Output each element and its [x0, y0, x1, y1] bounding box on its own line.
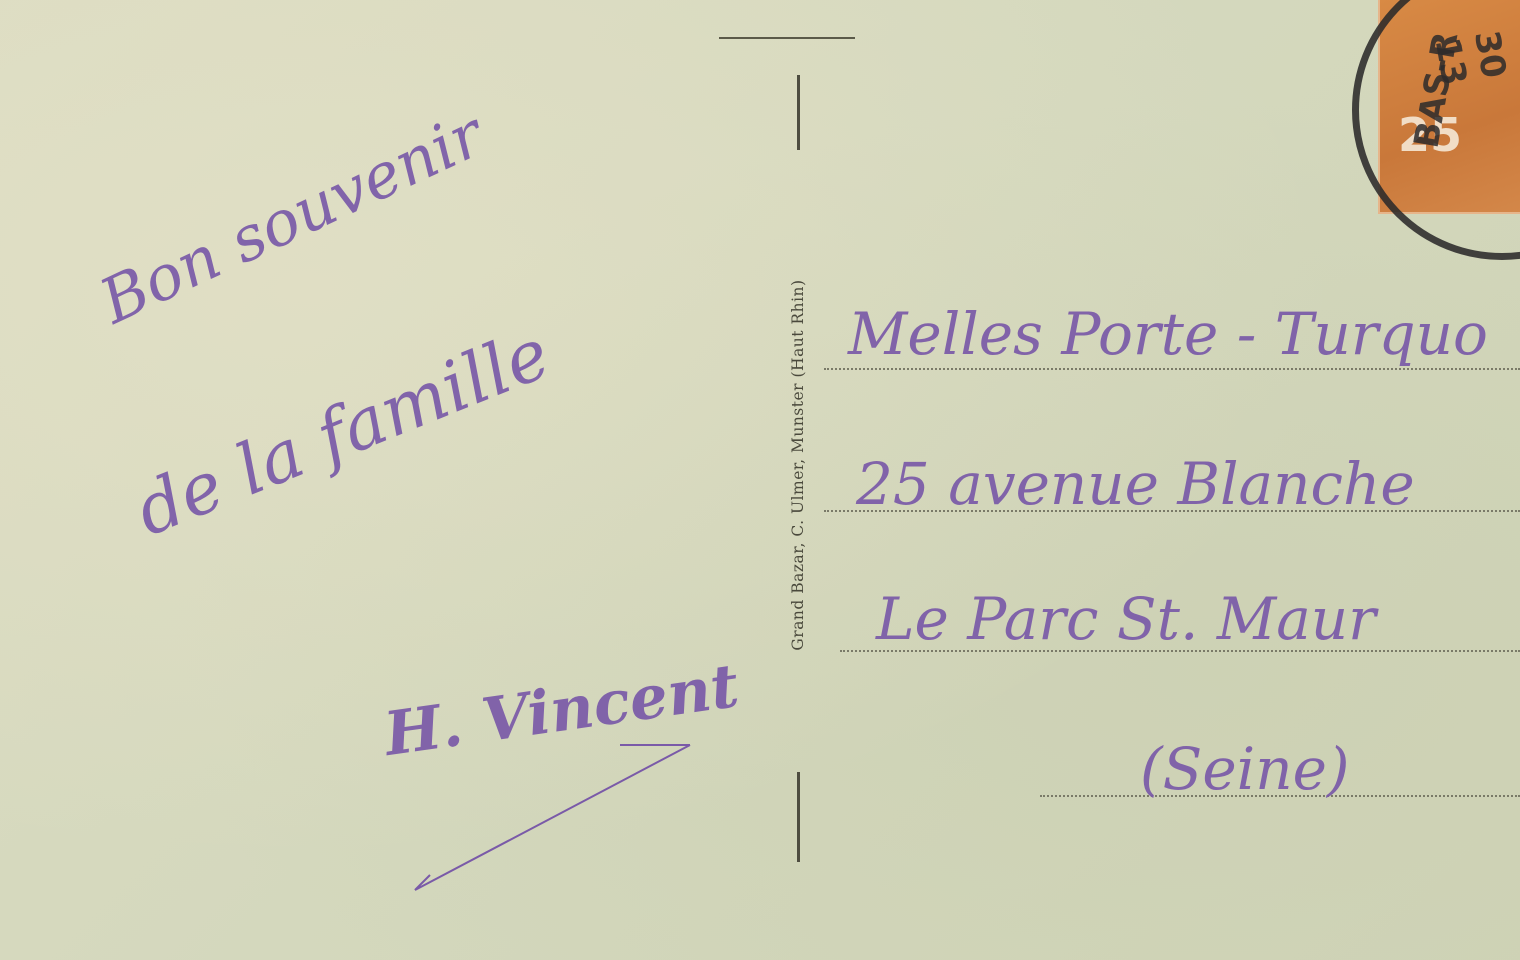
- center-divider-bottom: [797, 772, 800, 862]
- postcard-header-title: CARTE POSTALE: [530, 0, 1060, 10]
- address-line-1-rule: [824, 368, 1520, 370]
- postcard-back: CARTE POSTALE Grand Bazar, C. Ulmer, Mun…: [0, 0, 1520, 960]
- signature-flourish-icon: [410, 725, 710, 905]
- message-line-1: Bon souvenir: [89, 97, 494, 338]
- postmark-text-right: 30 13: [1427, 28, 1520, 132]
- publisher-imprint: Grand Bazar, C. Ulmer, Munster (Haut Rhi…: [789, 279, 807, 650]
- address-recipient: Melles Porte - Turquo: [848, 300, 1488, 368]
- message-line-2: de la famille: [124, 312, 560, 552]
- header-rule: [719, 37, 855, 39]
- address-department: (Seine): [1140, 735, 1350, 803]
- center-divider-top: [797, 75, 800, 150]
- address-city: Le Parc St. Maur: [876, 585, 1376, 653]
- address-street: 25 avenue Blanche: [856, 450, 1415, 518]
